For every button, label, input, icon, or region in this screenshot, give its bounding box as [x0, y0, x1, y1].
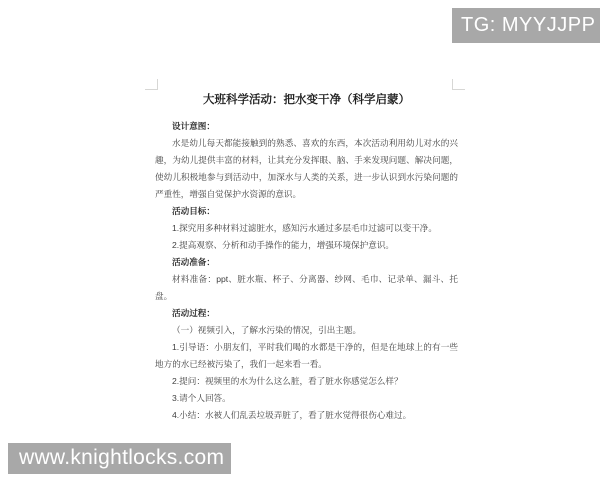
doc-line: 趣，为幼儿提供丰富的材料，让其充分发挥眼、脑、手来发现问题、解决问题，	[155, 152, 458, 169]
doc-line: 水是幼儿每天都能接触到的熟悉、喜欢的东西，本次活动利用幼儿对水的兴	[155, 135, 458, 152]
section-heading-activity-preparation: 活动准备：	[155, 254, 458, 271]
margin-corner-mark-left	[145, 79, 158, 90]
doc-line: 使幼儿积极地参与到活动中，加深水与人类的关系，进一步认识到水污染问题的	[155, 169, 458, 186]
doc-line: 2.提高观察、分析和动手操作的能力，增强环境保护意识。	[155, 237, 458, 254]
watermark-telegram-tag: TG: MYYJJPP	[452, 8, 600, 43]
doc-line: 3.请个人回答。	[155, 390, 458, 407]
section-heading-activity-process: 活动过程：	[155, 305, 458, 322]
doc-line: 材料准备：ppt、脏水瓶、杯子、分离器、纱网、毛巾、记录单、漏斗、托	[155, 271, 458, 288]
margin-corner-mark-right	[452, 79, 465, 90]
document-body: 设计意图： 水是幼儿每天都能接触到的熟悉、喜欢的东西，本次活动利用幼儿对水的兴 …	[155, 118, 458, 424]
doc-line: 盘。	[155, 288, 458, 305]
document-title: 大班科学活动：把水变干净（科学启蒙）	[155, 92, 458, 109]
doc-line: 2.提问：视频里的水为什么这么脏，看了脏水你感觉怎么样？	[155, 373, 458, 390]
section-heading-activity-goals: 活动目标：	[155, 203, 458, 220]
doc-line: 严重性，增强自觉保护水资源的意识。	[155, 186, 458, 203]
watermark-website-url: www.knightlocks.com	[8, 443, 231, 474]
doc-line: 地方的水已经被污染了，我们一起来看一看。	[155, 356, 458, 373]
doc-line: 4.小结：水被人们乱丢垃圾弄脏了，看了脏水觉得很伤心难过。	[155, 407, 458, 424]
doc-line: 1.探究用多种材料过滤脏水，感知污水通过多层毛巾过滤可以变干净。	[155, 220, 458, 237]
doc-line: （一）视频引入，了解水污染的情况，引出主题。	[155, 322, 458, 339]
doc-line: 1.引导语：小朋友们，平时我们喝的水都是干净的，但是在地球上的有一些	[155, 339, 458, 356]
section-heading-design-intent: 设计意图：	[155, 118, 458, 135]
document-page: 大班科学活动：把水变干净（科学启蒙） 设计意图： 水是幼儿每天都能接触到的熟悉、…	[0, 0, 600, 480]
